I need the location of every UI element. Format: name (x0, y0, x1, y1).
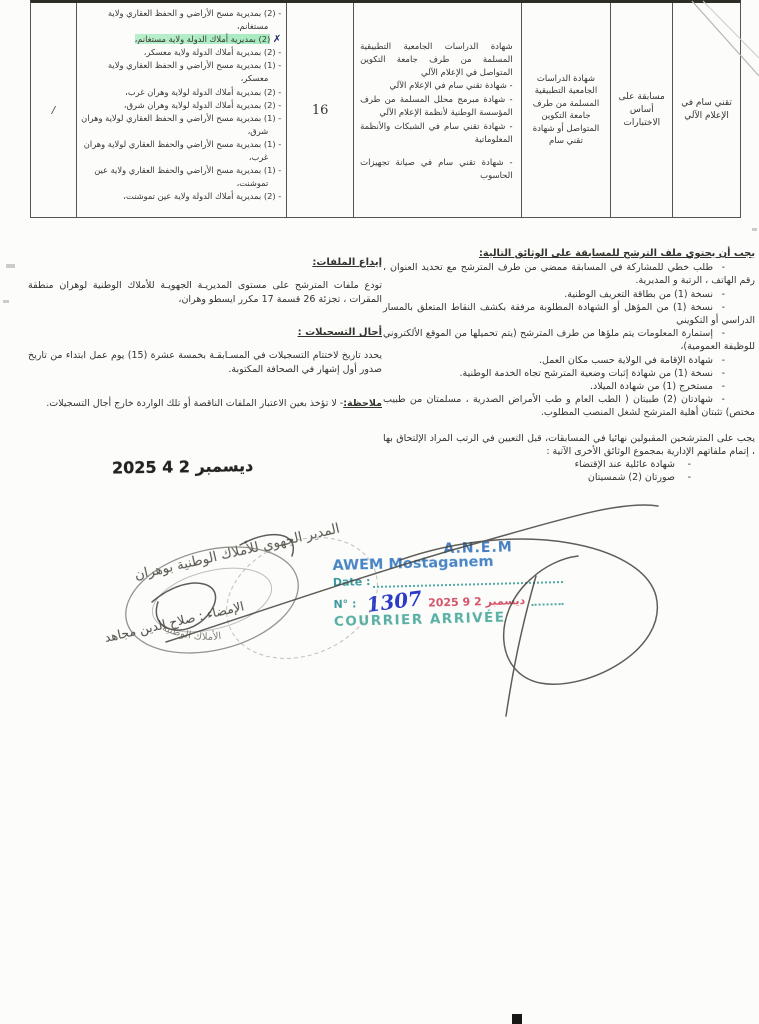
document-item: -نسخة (1) من المؤهل أو الشهادة المطلوبة … (383, 301, 755, 327)
final-note-item: -صورتان (2) شمسيتان (383, 471, 755, 484)
bullet-dash: - (675, 471, 691, 484)
bullet-dash: - (713, 327, 725, 340)
filing-section: إيداع الملفات: تودع ملفات المترشح على مس… (28, 256, 382, 411)
remark-body: - لا تؤخذ بعين الاعتبار الملفات الناقصة … (46, 398, 343, 409)
table-cell-post-title: تقني سام في الإعلام الآلي (672, 3, 740, 217)
bullet-dash: - (713, 301, 725, 314)
document-item-text: نسخة (1) من شهادة إثبات وضعية المترشح تج… (460, 368, 714, 379)
document-item-text: نسخة (1) من بطاقة التعريف الوطنية. (564, 289, 713, 300)
dotted-line (531, 593, 564, 606)
remark-label: ملاحظة: (343, 398, 382, 409)
final-note-intro: يجب على المترشحين المقبولين نهائيا في ال… (383, 432, 755, 458)
document-item-text: مستخرج (1) من شهادة الميلاد. (590, 381, 713, 392)
document-item: -نسخة (1) من شهادة إثبات وضعية المترشح ت… (383, 367, 755, 380)
final-note-item: -شهادة عائلية عند الإقتضاء (383, 458, 755, 471)
document-item: -إستمارة المعلومات يتم ملؤها من طرف المت… (383, 327, 755, 353)
scan-speckle (752, 228, 757, 231)
certificate-item: - شهادة تقني سام في صيانة تجهيزات الحاسو… (360, 157, 513, 183)
anem-arrival-stamp: A.N.E.M AWEM Mostaganem Date : N° : 1307… (332, 538, 566, 630)
anem-number-label: N° : (333, 597, 356, 611)
document-item: -نسخة (1) من بطاقة التعريف الوطنية. (383, 288, 755, 301)
handwritten-x-mark: ✗ (273, 34, 281, 45)
document-item: -شهادتان (2) طبيتان ( الطب العام و طب ال… (383, 393, 755, 419)
location-item: - (1) بمديرية مسح الأراضي والحفظ العقاري… (79, 138, 281, 164)
location-item: - (2) بمديرية مسح الأراضي و الحفظ العقار… (79, 7, 281, 33)
location-item-highlighted: ✗ (2) بمديرية أملاك الدولة ولاية مستغانم… (79, 33, 281, 46)
scanned-document-page: تقني سام في الإعلام الآلي مسابقة على أسا… (0, 0, 759, 1024)
observation-slash: / (52, 105, 55, 116)
location-item: - (2) بمديرية أملاك الدولة ولاية معسكر، (79, 46, 281, 59)
table-cell-competition-mode: مسابقة على أساس الاختبارات (610, 3, 672, 217)
remark-line: ملاحظة:- لا تؤخذ بعين الاعتبار الملفات ا… (28, 397, 382, 411)
ink-date-stamp: 2025 ديسمبر 2 4 (112, 456, 282, 478)
document-item: -طلب خطي للمشاركة في المسابقة ممضي من طر… (383, 261, 755, 287)
recruitment-table: تقني سام في الإعلام الآلي مسابقة على أسا… (30, 0, 741, 218)
certificate-item: - شهادة مبرمج محلل المسلمة من طرف المؤسس… (360, 94, 513, 120)
location-item: - (1) بمديرية مسح الأراضي والحفظ العقاري… (79, 164, 281, 190)
red-arrival-date-stamp: 2025 ديسمبر 2 9 (428, 594, 525, 610)
document-item: -مستخرج (1) من شهادة الميلاد. (383, 380, 755, 393)
scan-bottom-mark (512, 1014, 522, 1024)
final-note-item-text: شهادة عائلية عند الإقتضاء (575, 459, 675, 470)
bullet-dash: - (713, 367, 725, 380)
deposit-body: تودع ملفات المترشح على مستوى المديريـة ا… (28, 279, 382, 307)
documents-section-title: يجب أن يحتوي ملف الترشح للمسابقة على الو… (383, 247, 755, 260)
bullet-dash: - (713, 393, 725, 406)
anem-date-label: Date : (333, 575, 371, 589)
deadline-body: يحدد تاريخ لاختتام التسجيلات في المسـابق… (28, 349, 382, 377)
post-title-text: تقني سام في الإعلام الآلي (676, 97, 737, 123)
required-documents-section: يجب أن يحتوي ملف الترشح للمسابقة على الو… (383, 247, 755, 484)
document-item-text: شهادتان (2) طبيتان ( الطب العام و طب الأ… (383, 394, 755, 418)
document-item-text: شهادة الإقامة في الولاية حسب مكان العمل. (539, 355, 713, 366)
scan-speckle (3, 300, 9, 303)
final-appointment-note: يجب على المترشحين المقبولين نهائيا في ال… (383, 432, 755, 485)
bullet-dash: - (675, 458, 691, 471)
bullet-dash: - (713, 354, 725, 367)
table-cell-locations: - (2) بمديرية مسح الأراضي و الحفظ العقار… (76, 3, 286, 217)
table-cell-observation: / (31, 3, 76, 217)
bullet-dash: - (713, 288, 725, 301)
location-item: - (2) بمديرية أملاك الدولة ولاية عين تمو… (79, 190, 281, 203)
table-cell-post-count: 16 (286, 3, 353, 217)
bullet-dash: - (713, 261, 725, 274)
certificate-item: - شهادة تقني سام في الشبكات والأنظمة الم… (360, 121, 513, 147)
location-item: - (2) بمديرية أملاك الدولة لولاية وهران … (79, 99, 281, 112)
certificate-summary-text: شهادة الدراسات الجامعية التطبيقية المسلم… (526, 73, 607, 148)
document-item-text: طلب خطي للمشاركة في المسابقة ممضي من طرف… (383, 262, 755, 286)
competition-mode-text: مسابقة على أساس الاختبارات (614, 91, 669, 130)
document-item-text: نسخة (1) من المؤهل أو الشهادة المطلوبة م… (383, 302, 755, 326)
post-count-value: 16 (312, 103, 329, 118)
document-item-text: إستمارة المعلومات يتم ملؤها من طرف المتر… (383, 328, 755, 352)
deadline-title: أجال التسجيلات : (28, 326, 382, 340)
anem-number-row: N° : 1307 2025 ديسمبر 2 9 (333, 585, 565, 611)
location-item: - (2) بمديرية أملاك الدولة لولاية وهران … (79, 86, 281, 99)
location-item: - (1) بمديرية مسح الأراضي و الحفظ العقار… (79, 112, 281, 138)
certificate-item: - شهادة تقني سام في الإعلام الآلي (360, 80, 513, 93)
document-item: -شهادة الإقامة في الولاية حسب مكان العمل… (383, 354, 755, 367)
highlighted-location-text: (2) بمديرية أملاك الدولة ولاية مستغانم، (135, 34, 271, 44)
table-cell-certificates-list: شهادة الدراسات الجامعية التطبيقية المسلم… (353, 3, 521, 217)
location-item: - (1) بمديرية مسح الأراضي و الحفظ العقار… (79, 59, 281, 85)
certificates-lead: شهادة الدراسات الجامعية التطبيقية المسلم… (360, 41, 513, 79)
final-note-item-text: صورتان (2) شمسيتان (588, 472, 675, 483)
bullet-dash: - (713, 380, 725, 393)
deposit-title: إيداع الملفات: (28, 256, 382, 270)
scan-speckle (6, 264, 15, 268)
table-cell-certificate-summary: شهادة الدراسات الجامعية التطبيقية المسلم… (521, 3, 611, 217)
